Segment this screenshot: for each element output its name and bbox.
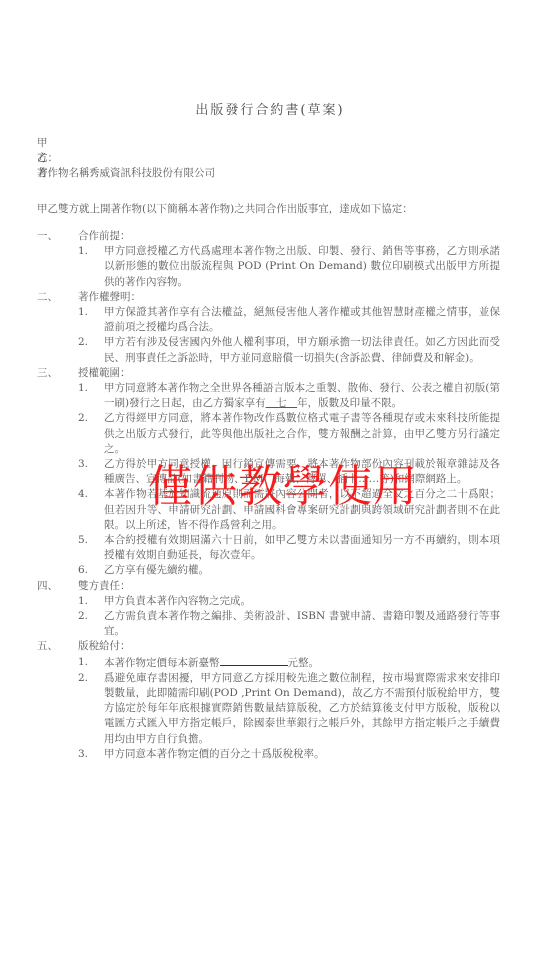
section-title: 授權範圍： xyxy=(78,366,131,381)
price-blank-field xyxy=(220,655,288,666)
clause-text-part: 年，版數及印量不限。 xyxy=(297,397,402,409)
clause-text: 甲方同意授權乙方代爲處理本著作物之出版、印製、發行、銷售等事務，乙方則承諾以新形… xyxy=(104,244,500,290)
section-title: 合作前提： xyxy=(78,229,131,244)
license-years-value: 七 xyxy=(266,397,298,409)
work-title-line: 著作物名稱： xyxy=(37,166,100,181)
clause-item: 1. 甲方保證其著作享有合法權益，絕無侵害他人著作權或其他智慧財產權之情事，並保… xyxy=(0,305,540,335)
clause-text: 乙方需負責本著作物之編排、美術設計、ISBN 書號申請、書籍印製及通路發行等事宜… xyxy=(104,609,500,639)
clause-number: 1. xyxy=(78,655,88,670)
clause-item: 1. 本著作物定價每本新臺幣元整。 xyxy=(0,655,540,671)
watermark-text: 僅供教學使用 xyxy=(148,462,418,512)
section-number: 五、 xyxy=(37,639,58,654)
clause-item: 2. 甲方若有涉及侵害國內外他人權利事項，甲方願承擔一切法律責任。如乙方因此而受… xyxy=(0,335,540,365)
clause-number: 1. xyxy=(78,305,88,320)
intro-paragraph: 甲乙雙方就上開著作物(以下簡稱本著作物)之共同合作出版事宜，達成如下協定： xyxy=(37,202,413,217)
section-heading: 三、 授權範圍： xyxy=(0,366,540,381)
section-number: 二、 xyxy=(37,290,58,305)
clause-number: 2. xyxy=(78,335,88,350)
clause-text: 甲方若有涉及侵害國內外他人權利事項，甲方願承擔一切法律責任。如乙方因此而受民、刑… xyxy=(104,335,500,365)
section-title: 版稅給付： xyxy=(78,639,131,654)
clause-text-part: 元整。 xyxy=(288,657,320,669)
party-b-value: 秀威資訊科技股份有限公司 xyxy=(89,167,215,179)
document-title: 出版發行合約書(草案) xyxy=(0,99,540,118)
section-title: 著作權聲明： xyxy=(78,290,141,305)
clause-number: 3. xyxy=(78,747,88,762)
clause-text: 爲避免庫存書困擾，甲方同意乙方採用較先進之數位制程，按市場實際需求來安排印製數量… xyxy=(104,671,500,747)
clause-item: 1. 甲方同意將本著作物之全世界各種語言版本之重製、散佈、發行、公表之權自初版(… xyxy=(0,381,540,411)
section-title: 雙方責任： xyxy=(78,579,131,594)
clause-item: 2. 乙方得經甲方同意，將本著作物改作爲數位格式電子書等各種現存或未來科技所能提… xyxy=(0,411,540,457)
clause-text: 本著作物定價每本新臺幣元整。 xyxy=(104,655,500,671)
clause-number: 1. xyxy=(78,381,88,396)
work-title-label: 著作物名稱： xyxy=(37,167,100,179)
clause-number: 4. xyxy=(78,487,88,502)
section-1: 一、 合作前提： 1. 甲方同意授權乙方代爲處理本著作物之出版、印製、發行、銷售… xyxy=(0,229,540,290)
clause-text: 甲方負責本著作內容物之完成。 xyxy=(104,594,500,609)
clause-item: 5. 本合約授權有效期屆滿六十日前，如甲乙雙方未以書面通知另一方不再續約，則本項… xyxy=(0,533,540,563)
clause-item: 2. 乙方需負責本著作物之編排、美術設計、ISBN 書號申請、書籍印製及通路發行… xyxy=(0,609,540,639)
section-2: 二、 著作權聲明： 1. 甲方保證其著作享有合法權益，絕無侵害他人著作權或其他智… xyxy=(0,290,540,366)
clause-text: 甲方保證其著作享有合法權益，絕無侵害他人著作權或其他智慧財產權之情事，並保證前項… xyxy=(104,305,500,335)
clause-item: 3. 甲方同意本著作物定價的百分之十爲版稅稅率。 xyxy=(0,747,540,762)
clause-text: 乙方享有優先續約權。 xyxy=(104,563,500,578)
clause-number: 1. xyxy=(78,244,88,259)
section-number: 三、 xyxy=(37,366,58,381)
clause-number: 3. xyxy=(78,457,88,472)
section-number: 一、 xyxy=(37,229,58,244)
clause-text-part: 本著作物定價每本新臺幣 xyxy=(104,657,220,669)
clause-text: 甲方同意本著作物定價的百分之十爲版稅稅率。 xyxy=(104,747,500,762)
clause-number: 5. xyxy=(78,533,88,548)
clause-item: 6. 乙方享有優先續約權。 xyxy=(0,563,540,578)
clause-text: 本合約授權有效期屆滿六十日前，如甲乙雙方未以書面通知另一方不再續約，則本項授權有… xyxy=(104,533,500,563)
section-number: 四、 xyxy=(37,579,58,594)
clause-item: 1. 甲方同意授權乙方代爲處理本著作物之出版、印製、發行、銷售等事務，乙方則承諾… xyxy=(0,244,540,290)
clause-text: 乙方得經甲方同意，將本著作物改作爲數位格式電子書等各種現存或未來科技所能提供之出… xyxy=(104,411,500,457)
clause-number: 2. xyxy=(78,609,88,624)
clause-item: 2. 爲避免庫存書困擾，甲方同意乙方採用較先進之數位制程，按市場實際需求來安排印… xyxy=(0,671,540,747)
section-heading: 四、 雙方責任： xyxy=(0,579,540,594)
section-heading: 二、 著作權聲明： xyxy=(0,290,540,305)
clause-number: 1. xyxy=(78,594,88,609)
section-5: 五、 版稅給付： 1. 本著作物定價每本新臺幣元整。 2. 爲避免庫存書困擾，甲… xyxy=(0,639,540,762)
clause-number: 6. xyxy=(78,563,88,578)
clause-text: 甲方同意將本著作物之全世界各種語言版本之重製、散佈、發行、公表之權自初版(第一刷… xyxy=(104,381,500,411)
section-heading: 一、 合作前提： xyxy=(0,229,540,244)
clause-number: 2. xyxy=(78,671,88,686)
section-4: 四、 雙方責任： 1. 甲方負責本著作內容物之完成。 2. 乙方需負責本著作物之… xyxy=(0,579,540,640)
document-page: 出版發行合約書(草案) 甲 方： 乙 方：秀威資訊科技股份有限公司 著作物名稱：… xyxy=(0,0,540,960)
clause-number: 2. xyxy=(78,411,88,426)
section-heading: 五、 版稅給付： xyxy=(0,639,540,654)
clause-item: 1. 甲方負責本著作內容物之完成。 xyxy=(0,594,540,609)
